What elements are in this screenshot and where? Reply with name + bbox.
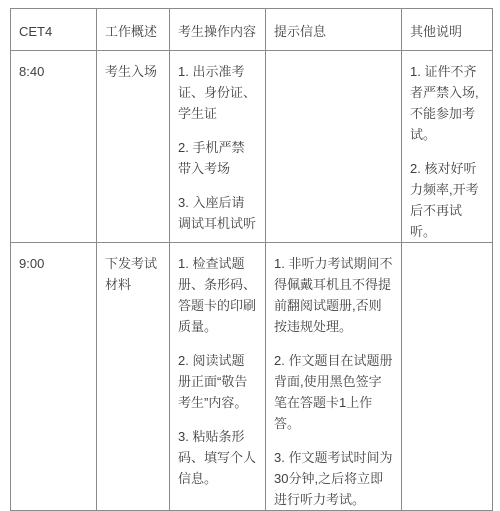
paragraph: 1. 证件不齐者严禁入场,不能参加考试。 xyxy=(410,61,484,145)
overview-cell: 考生入场 xyxy=(97,51,170,243)
paragraph: 2. 手机严禁带入考场 xyxy=(178,137,257,179)
time-value: 9:00 xyxy=(19,253,88,274)
paragraph: 1. 出示准考证、身份证、学生证 xyxy=(178,61,257,124)
paragraph: 1. 检查试题册、条形码、答题卡的印刷质量。 xyxy=(178,253,257,337)
exam-schedule-table-container: CET4 工作概述 考生操作内容 提示信息 其他说明 8:40 考生入场 1. … xyxy=(10,8,493,511)
notes-cell: 1. 证件不齐者严禁入场,不能参加考试。 2. 核对好听力频率,开考后不再试听。 xyxy=(402,51,493,243)
header-cell-notes: 其他说明 xyxy=(402,9,493,51)
tips-cell: 1. 非听力考试期间不得佩戴耳机且不得提前翻阅试题册,否则按违规处理。 2. 作… xyxy=(266,243,402,511)
paragraph: 2. 核对好听力频率,开考后不再试听。 xyxy=(410,158,484,242)
time-cell: 9:00 xyxy=(11,243,97,511)
table-row: 8:40 考生入场 1. 出示准考证、身份证、学生证 2. 手机严禁带入考场 3… xyxy=(11,51,493,243)
paragraph: 2. 阅读试题册正面“敬告考生”内容。 xyxy=(178,350,257,413)
overview-cell: 下发考试材料 xyxy=(97,243,170,511)
time-cell: 8:40 xyxy=(11,51,97,243)
paragraph: 3. 粘贴条形码、填写个人信息。 xyxy=(178,426,257,489)
paragraph: 1. 非听力考试期间不得佩戴耳机且不得提前翻阅试题册,否则按违规处理。 xyxy=(274,253,393,337)
time-value: 8:40 xyxy=(19,61,88,82)
paragraph: 3. 入座后请调试耳机试听 xyxy=(178,192,257,234)
header-cell-tips: 提示信息 xyxy=(266,9,402,51)
table-header-row: CET4 工作概述 考生操作内容 提示信息 其他说明 xyxy=(11,9,493,51)
table-row: 9:00 下发考试材料 1. 检查试题册、条形码、答题卡的印刷质量。 2. 阅读… xyxy=(11,243,493,511)
paragraph: 3. 作文题考试时间为30分钟,之后将立即进行听力考试。 xyxy=(274,447,393,510)
header-cell-operations: 考生操作内容 xyxy=(170,9,266,51)
exam-schedule-table: CET4 工作概述 考生操作内容 提示信息 其他说明 8:40 考生入场 1. … xyxy=(10,8,493,511)
header-cell-cet4: CET4 xyxy=(11,9,97,51)
overview-value: 考生入场 xyxy=(105,61,161,82)
notes-cell xyxy=(402,243,493,511)
header-cell-overview: 工作概述 xyxy=(97,9,170,51)
paragraph: 2. 作文题目在试题册背面,使用黑色签字笔在答题卡1上作答。 xyxy=(274,350,393,434)
operations-cell: 1. 检查试题册、条形码、答题卡的印刷质量。 2. 阅读试题册正面“敬告考生”内… xyxy=(170,243,266,511)
operations-cell: 1. 出示准考证、身份证、学生证 2. 手机严禁带入考场 3. 入座后请调试耳机… xyxy=(170,51,266,243)
overview-value: 下发考试材料 xyxy=(105,253,161,295)
tips-cell xyxy=(266,51,402,243)
